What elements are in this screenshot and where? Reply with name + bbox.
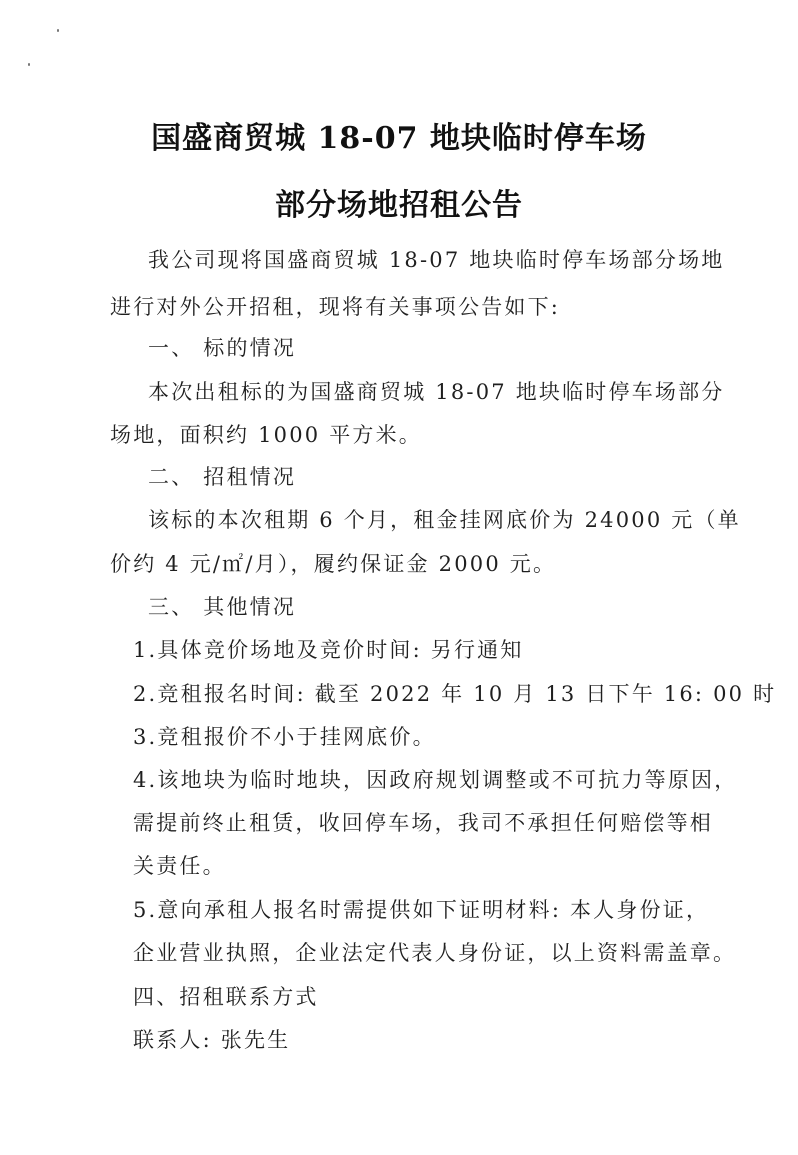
section3-item-5-cont: 企业营业执照，企业法定代表人身份证，以上资料需盖章。 xyxy=(133,939,736,967)
scan-speck xyxy=(28,63,30,66)
section3-item-4-cont: 需提前终止租赁，收回停车场，我司不承担任何赔偿等相 xyxy=(133,809,713,837)
section2-body-line-2: 价约 4 元/㎡/月），履约保证金 2000 元。 xyxy=(110,550,556,578)
contact-person: 联系人: 张先生 xyxy=(133,1026,290,1054)
section3-item-3: 3.竞租报价不小于挂网底价。 xyxy=(133,723,436,751)
intro-line-2: 进行对外公开招租，现将有关事项公告如下: xyxy=(110,293,560,321)
section3-heading: 三、 其他情况 xyxy=(148,593,296,621)
section3-item-4-cont2: 关责任。 xyxy=(133,852,226,880)
section2-heading: 二、 招租情况 xyxy=(148,463,296,491)
section1-body-line-1: 本次出租标的为国盛商贸城 18-07 地块临时停车场部分 xyxy=(148,378,725,406)
section3-item-1: 1.具体竞价场地及竞价时间: 另行通知 xyxy=(133,636,524,664)
section3-item-2: 2.竞租报名时间: 截至 2022 年 10 月 13 日下午 16: 00 时 xyxy=(133,680,776,708)
intro-line-1: 我公司现将国盛商贸城 18-07 地块临时停车场部分场地 xyxy=(148,246,725,274)
document-title-line2: 部分场地招租公告 xyxy=(0,180,798,224)
scan-speck xyxy=(57,29,59,32)
document-title-line1: 国盛商贸城 18-07 地块临时停车场 xyxy=(0,113,798,157)
section3-item-4: 4.该地块为临时地块，因政府规划调整或不可抗力等原因， xyxy=(133,766,737,794)
section3-item-5: 5.意向承租人报名时需提供如下证明材料: 本人身份证， xyxy=(133,896,709,924)
section1-body-line-2: 场地，面积约 1000 平方米。 xyxy=(110,421,422,449)
section2-body-line-1: 该标的本次租期 6 个月，租金挂网底价为 24000 元（单 xyxy=(148,506,741,534)
section4-heading: 四、招租联系方式 xyxy=(133,983,319,1011)
section1-heading: 一、 标的情况 xyxy=(148,334,296,362)
